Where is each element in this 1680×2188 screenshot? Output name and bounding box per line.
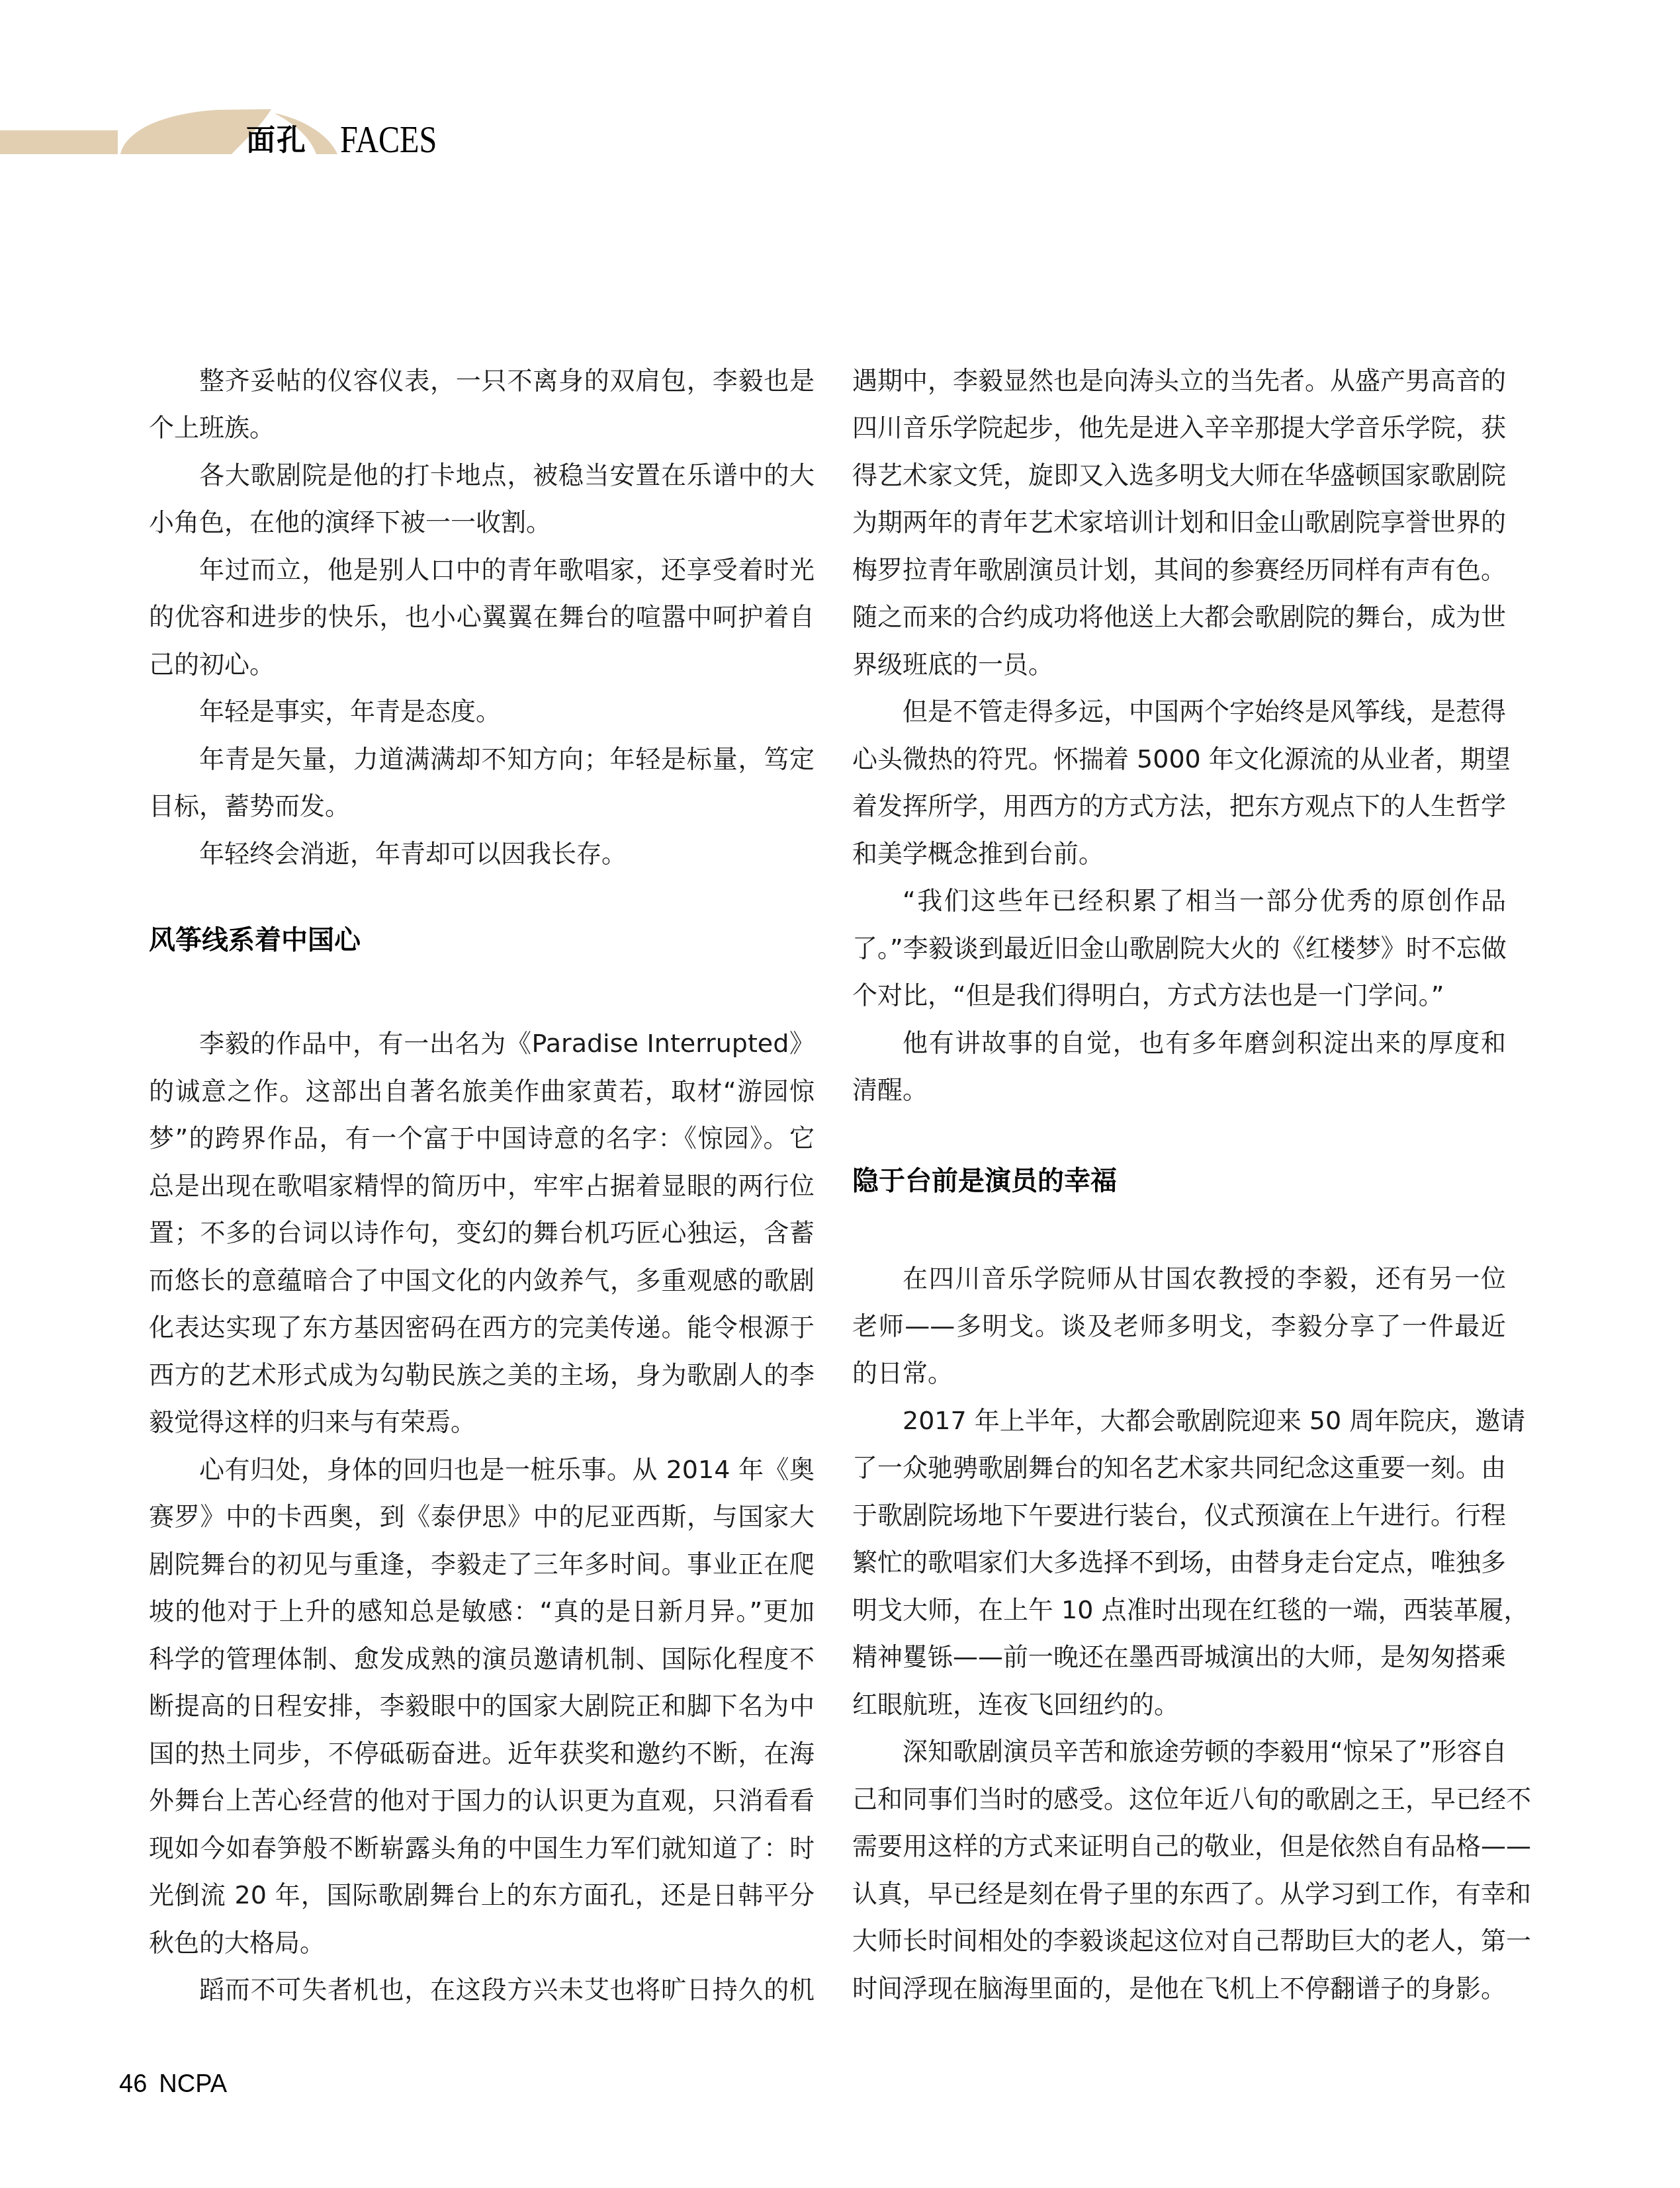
paragraph-line: 心有归处，身体的回归也是一桩乐事。从 2014 年《奥 <box>149 1453 815 1486</box>
paragraph-line: 了。”李毅谈到最近旧金山歌剧院大火的《红楼梦》时不忘做 <box>852 932 1506 965</box>
paragraph-line: 大师长时间相处的李毅谈起这位对自己帮助巨大的老人，第一 <box>852 1924 1506 1957</box>
section-heading: 风筝线系着中国心 <box>149 924 361 957</box>
paragraph-line: 精神矍铄——前一晚还在墨西哥城演出的大师，是匆匆搭乘 <box>852 1640 1506 1673</box>
paragraph-line: 总是出现在歌唱家精悍的简历中，牢牢占据着显眼的两行位 <box>149 1169 815 1202</box>
paragraph-line: 时间浮现在脑海里面的，是他在飞机上不停翻谱子的身影。 <box>852 1972 1506 2005</box>
paragraph-line: 蹈而不可失者机也，在这段方兴未艾也将旷日持久的机 <box>149 1973 815 2006</box>
paragraph-line: 毅觉得这样的归来与有荣焉。 <box>149 1405 815 1438</box>
paragraph-line: 清醒。 <box>852 1073 1506 1106</box>
section-label-english: FACES <box>340 122 437 159</box>
paragraph-line: 2017 年上半年，大都会歌剧院迎来 50 周年院庆，邀请 <box>852 1404 1506 1437</box>
paragraph-line: “我们这些年已经积累了相当一部分优秀的原创作品 <box>852 884 1506 917</box>
paragraph-line: 年青是矢量，力道满满却不知方向；年轻是标量，笃定 <box>149 742 815 775</box>
paragraph-line: 西方的艺术形式成为勾勒民族之美的主场，身为歌剧人的李 <box>149 1358 815 1391</box>
paragraph-line: 深知歌剧演员辛苦和旅途劳顿的李毅用“惊呆了”形容自 <box>852 1735 1506 1768</box>
section-label-chinese: 面孔 <box>246 124 307 157</box>
paragraph-line: 断提高的日程安排，李毅眼中的国家大剧院正和脚下名为中 <box>149 1689 815 1722</box>
paragraph-line: 外舞台上苦心经营的他对于国力的认识更为直观，只消看看 <box>149 1784 815 1817</box>
paragraph-line: 红眼航班，连夜飞回纽约的。 <box>852 1688 1506 1721</box>
paragraph-line: 李毅的作品中，有一出名为《Paradise Interrupted》 <box>149 1027 815 1060</box>
paragraph-line: 年轻是事实，年青是态度。 <box>149 695 815 728</box>
paragraph-line: 小角色，在他的演绎下被一一收割。 <box>149 505 815 539</box>
paragraph-line: 但是不管走得多远，中国两个字始终是风筝线，是惹得 <box>852 695 1506 728</box>
paragraph-line: 目标，蓄势而发。 <box>149 789 815 822</box>
paragraph-line: 梦”的跨界作品，有一个富于中国诗意的名字：《惊园》。它 <box>149 1121 815 1155</box>
paragraph-line: 的日常。 <box>852 1356 1506 1389</box>
section-heading: 隐于台前是演员的幸福 <box>852 1164 1117 1198</box>
paragraph-line: 光倒流 20 年，国际歌剧舞台上的东方面孔，还是日韩平分 <box>149 1878 815 1911</box>
paragraph-line: 繁忙的歌唱家们大多选择不到场，由替身走台定点，唯独多 <box>852 1546 1506 1579</box>
paragraph-line: 心头微热的符咒。怀揣着 5000 年文化源流的从业者，期望 <box>852 742 1506 775</box>
paragraph-line: 置；不多的台词以诗作句，变幻的舞台机巧匠心独运，含蓄 <box>149 1216 815 1249</box>
paragraph-line: 赛罗》中的卡西奥，到《泰伊思》中的尼亚西斯，与国家大 <box>149 1500 815 1533</box>
paragraph-line: 于歌剧院场地下午要进行装台，仪式预演在上午进行。行程 <box>852 1499 1506 1532</box>
paragraph-line: 的诚意之作。这部出自著名旅美作曲家黄若，取材“游园惊 <box>149 1074 815 1108</box>
paragraph-line: 四川音乐学院起步，他先是进入辛辛那提大学音乐学院，获 <box>852 411 1506 444</box>
paragraph-line: 遇期中，李毅显然也是向涛头立的当先者。从盛产男高音的 <box>852 364 1506 397</box>
paragraph-line: 年过而立，他是别人口中的青年歌唱家，还享受着时光 <box>149 553 815 586</box>
paragraph-line: 国的热土同步，不停砥砺奋进。近年获奖和邀约不断，在海 <box>149 1737 815 1770</box>
paragraph-line: 界级班底的一员。 <box>852 648 1506 681</box>
paragraph-line: 个对比，“但是我们得明白，方式方法也是一门学问。” <box>852 979 1506 1012</box>
paragraph-line: 明戈大师，在上午 10 点准时出现在红毯的一端，西装革履， <box>852 1593 1506 1626</box>
paragraph-line: 个上班族。 <box>149 411 815 444</box>
paragraph-line: 整齐妥帖的仪容仪表，一只不离身的双肩包，李毅也是 <box>149 364 815 397</box>
paragraph-line: 得艺术家文凭，旋即又入选多明戈大师在华盛顿国家歌剧院 <box>852 459 1506 492</box>
page-number: 46 <box>119 2070 147 2098</box>
paragraph-line: 他有讲故事的自觉，也有多年磨剑积淀出来的厚度和 <box>852 1026 1506 1059</box>
paragraph-line: 化表达实现了东方基因密码在西方的完美传递。能令根源于 <box>149 1311 815 1344</box>
paragraph-line: 认真，早已经是刻在骨子里的东西了。从学习到工作，有幸和 <box>852 1877 1506 1910</box>
paragraph-line: 现如今如春笋般不断崭露头角的中国生力军们就知道了：时 <box>149 1831 815 1864</box>
paragraph-line: 为期两年的青年艺术家培训计划和旧金山歌剧院享誉世界的 <box>852 505 1506 539</box>
paragraph-line: 秋色的大格局。 <box>149 1926 815 1959</box>
paragraph-line: 各大歌剧院是他的打卡地点，被稳当安置在乐谱中的大 <box>149 459 815 492</box>
paragraph-line: 剧院舞台的初见与重逢，李毅走了三年多时间。事业正在爬 <box>149 1548 815 1581</box>
paragraph-line: 梅罗拉青年歌剧演员计划，其间的参赛经历同样有声有色。 <box>852 553 1506 586</box>
paragraph-line: 己的初心。 <box>149 648 815 681</box>
paragraph-line: 了一众驰骋歌剧舞台的知名艺术家共同纪念这重要一刻。由 <box>852 1451 1506 1484</box>
paragraph-line: 坡的他对于上升的感知总是敏感：“真的是日新月异。”更加 <box>149 1595 815 1628</box>
paragraph-line: 在四川音乐学院师从甘国农教授的李毅，还有另一位 <box>852 1262 1506 1295</box>
paragraph-line: 科学的管理体制、愈发成熟的演员邀请机制、国际化程度不 <box>149 1642 815 1675</box>
publication-name: NCPA <box>159 2070 227 2098</box>
paragraph-line: 己和同事们当时的感受。这位年近八旬的歌剧之王，早已经不 <box>852 1782 1506 1816</box>
paragraph-line: 老师——多明戈。谈及老师多明戈，李毅分享了一件最近 <box>852 1309 1506 1342</box>
paragraph-line: 随之而来的合约成功将他送上大都会歌剧院的舞台，成为世 <box>852 600 1506 633</box>
paragraph-line: 年轻终会消逝，年青却可以因我长存。 <box>149 837 815 870</box>
paragraph-line: 着发挥所学，用西方的方式方法，把东方观点下的人生哲学 <box>852 789 1506 822</box>
paragraph-line: 需要用这样的方式来证明自己的敬业，但是依然自有品格—— <box>852 1829 1506 1862</box>
paragraph-line: 而悠长的意蕴暗合了中国文化的内敛养气，多重观感的歌剧 <box>149 1264 815 1297</box>
page-footer: 46NCPA <box>119 2070 227 2099</box>
paragraph-line: 的优容和进步的快乐，也小心翼翼在舞台的喧嚣中呵护着自 <box>149 600 815 633</box>
paragraph-line: 和美学概念推到台前。 <box>852 837 1506 870</box>
